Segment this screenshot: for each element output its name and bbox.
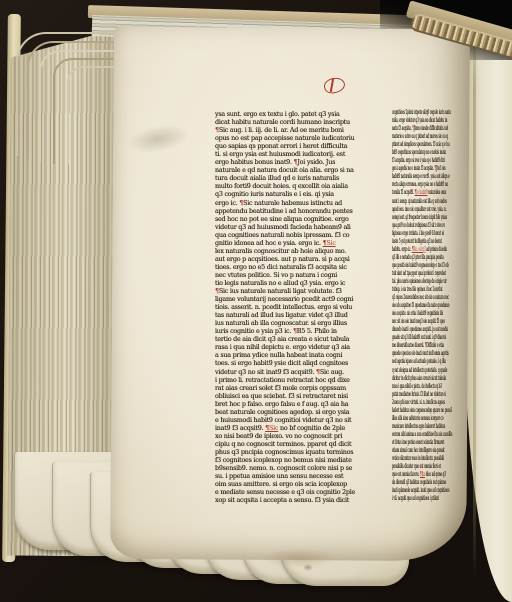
text-line: vetice dicuntur esse in intellectu possi… <box>392 454 467 462</box>
text-line: apud oes. imo sic equaliter sut vrie. ys… <box>392 205 467 213</box>
text-line: tiois. asserit. n. pcedit intellectus. e… <box>215 303 393 311</box>
text-line: appetendu beatitudine i ad honorandu pen… <box>215 207 393 215</box>
text-line: q3 cognitio iuris naturalis e i eis. qi … <box>215 190 393 198</box>
red-folio-mark: D <box>322 76 348 96</box>
text-line: xo nisi beat9 de iplexo. vo no cognoscit… <box>215 432 393 440</box>
text-line: sunt i semp. qi naturalia sut illa q sut… <box>392 197 467 205</box>
text-line: que positi ois habit9 cognoscedop e tos … <box>392 261 467 269</box>
facing-page-gutter <box>464 20 512 602</box>
text-line: guado sit q3 illi habit9 sut inati i q9 … <box>392 333 467 341</box>
text-line: tal. pba ueris opiniones doctop de origi… <box>392 277 467 285</box>
text-line: bit9 cognitiuus speculatop no e nobis in… <box>392 148 467 156</box>
text-line: aut ergo p acqsitioes. aut p natura. si … <box>215 255 393 263</box>
text-line: opus no est pap accepisse naturale iudic… <box>215 134 393 142</box>
text-line: ralia. ergo videtur q3 ysia no dicat hab… <box>392 116 467 124</box>
text-line: obliuisci ea que sciebat. f3 si retracta… <box>215 392 393 400</box>
text-line: sed hoc no pot ee sine aliqua cognitioe.… <box>215 215 393 223</box>
text-line: beat naturale cognitioes agedop. si ergo… <box>215 408 393 416</box>
text-line: tas naturali ad illud ius ligatur. videt… <box>215 311 393 319</box>
text-line: tutiop. i ois tres ille opines i hoc 2co… <box>392 285 467 293</box>
text-line: tuit dari ad tpa ppet qua iprobat i repr… <box>392 269 467 277</box>
page-stain <box>303 564 313 571</box>
text-line: semp iest. qi frequeter homo icipit bfe … <box>392 213 467 221</box>
text-line: natu f3 acqsita. ¶Jtem eiusde difficulta… <box>392 124 467 132</box>
text-line: ligame voluntarij necessario pcedit act9… <box>215 295 393 303</box>
text-line: a sua prima ydice nulla habeat inata cog… <box>215 351 393 359</box>
text-line: sed agetia iquoe ad actuale petuale. i q… <box>392 357 467 365</box>
text-line: recta aliqn erronea. ergo ysia no e habi… <box>392 180 467 188</box>
text-line: ges i agedis no e inata f3 acqsita. ¶Jte… <box>392 164 467 172</box>
text-line: ptinet ad simplices speculatoes. f3 scia… <box>392 140 467 148</box>
text-line: videtur q3 ad huiusmodi facieda habeam9 … <box>215 223 393 231</box>
text-line: habitu. ergo ic. ¶Rn. od q3 ad primu dic… <box>392 245 467 253</box>
text-line: 2sonu phi nec virtuti. si. n. intellcus … <box>392 398 467 406</box>
text-line: quo est omnia facere. ¶Jta dico ad qone … <box>392 470 467 478</box>
text-line: phus q3 pncipia cognoscimus iquatu termi… <box>215 448 393 456</box>
text-line: eorum sibi anima a sua conditioe fin aia… <box>392 430 467 438</box>
text-line: videtur q3 no sit inat9 f3 acqsit9. ¶Sic… <box>215 368 393 376</box>
text-column-right: cognitioes 2plexi utpote aliq9 regule iu… <box>392 108 467 502</box>
text-line: lex naturalis cognoscitur ab hoie aliquo… <box>215 247 393 255</box>
book-photograph: D ysa sunt. ergo ex textu i glo. patet q… <box>0 0 512 602</box>
text-line: etiam simul cum hoc intelligere oia poss… <box>392 446 467 454</box>
text-line: ligiosus ergo irritata. i bie pes9 li be… <box>392 229 467 237</box>
text-line: et fetus imo potius esset scientia firma… <box>392 438 467 446</box>
text-line: ysa sunt. ergo ex textu i glo. patet q3 … <box>215 110 393 118</box>
text-line: rasa i qua nihil e pictu. de itellectu q… <box>392 382 467 390</box>
text-line: e mediate sensu necesse e q3 ois cogniti… <box>215 488 393 496</box>
text-line: nec sit ois oio inati neq3 oio acqsiti f… <box>392 317 467 325</box>
text-line: q sut eleigna ad intellectu potetiale. q… <box>392 366 467 374</box>
text-line: habet habitus oim cognoscedop quare no p… <box>392 406 467 414</box>
text-line: tura docuit aialia illud qd e iuris natu… <box>215 174 393 182</box>
text-line: ¶Sic ius naturale naturali ligat volutat… <box>215 287 393 295</box>
text-line: mo diuersificatoe diuersl. ¶Difficile e … <box>392 341 467 349</box>
text-line: qua pri9 no bebat religiosus f3 sit i si… <box>392 221 467 229</box>
text-line: su. i ppetua amisioe una sensu necesse e… <box>215 472 393 480</box>
page-stain <box>262 548 336 568</box>
text-line: ius naturali ab illa cognoscatur. si erg… <box>215 319 393 327</box>
text-line: multo forti9 docuit hoies. q excellit oi… <box>215 182 393 190</box>
text-line: tioes. ergo no e5 dici naturalis f3 acqs… <box>215 263 393 271</box>
text-line: gnitio idonea ad hoc e ysia. ergo ic. ¶S… <box>215 239 393 247</box>
text-line: naturale e qd natura docuit oia alia. er… <box>215 166 393 174</box>
text-line: materie e scire ea q ptinet ad mores sic… <box>392 132 467 140</box>
text-line: f3 cognitoes icoplexop no bemus nisi med… <box>215 456 393 464</box>
text-line: i vli. acqsiti quo ad cognitioes i ptila… <box>392 494 467 502</box>
text-line: municare intellectus ages haberet habitu… <box>392 422 467 430</box>
text-line: iuris cognitio e ysia p3 ic. ¶B5 5. Phil… <box>215 327 393 335</box>
text-line: b9sensib9. nemo. n. cognoscit colore nis… <box>215 464 393 472</box>
text-line: q3 oipes 2sueradides nec sit oio a natur… <box>392 293 467 301</box>
text-line: qua cognitioes naturali nobis ipressam. … <box>215 231 393 239</box>
text-line: oio ab acqsitoe f3 quodamo ila nate quod… <box>392 301 467 309</box>
text-line: dicitur in dicit phus aias creari sicut … <box>392 374 467 382</box>
text-line: bret hoc p falso. ergo falsu e f aug. q3… <box>215 400 393 408</box>
text-line: i primo li. retractationu retractat hoc … <box>215 376 393 384</box>
text-line: cipiu q no cognoscit terminos. pparet qd… <box>215 440 393 448</box>
text-line: inat9 f3 acqsit9. ¶Sic no bf cognitio de… <box>215 424 393 432</box>
folio-mark-ring <box>323 76 347 95</box>
text-line: illos sibi sine adiutorio sensuu icorpor… <box>392 414 467 422</box>
text-line: rat aias creari solet f3 mole corpis opp… <box>215 384 393 392</box>
text-column-left: ysa sunt. ergo ex textu i glo. patet q3 … <box>215 110 393 504</box>
text-line: habit9 naturalis semp e rect9. ysia aut … <box>392 172 467 180</box>
text-line: oim suas amittere. si ergo ois scia icop… <box>215 480 393 488</box>
text-line: toes. si ergo habit9 ysie dicit aliqd co… <box>215 359 393 367</box>
text-line: ti. si ergo ysia est huiusmodi iudicator… <box>215 150 393 158</box>
text-line: da dicendi q3 habitus cognitiois sut qda… <box>392 478 467 486</box>
text-line: tertio de aia dicit q3 aia creata e sicu… <box>215 335 393 343</box>
text-line: dimodo inati i quodamo acqsiti. ju aut m… <box>392 325 467 333</box>
text-line: quo sapias qs pponat errori i heret diff… <box>215 142 393 150</box>
text-line: ¶Sic aug. i li. iij. de li. ar. Ad oe me… <box>215 126 393 134</box>
text-line: inati qdamodo acqsiti. inati quo ad cogn… <box>392 486 467 494</box>
text-line: nec vtutes politice. Si vo p natura i co… <box>215 271 393 279</box>
text-line: turalis f3 acqsit9. ¶Jo habit9 naturales… <box>392 188 467 196</box>
text-line: ergo habitus bonus inat9. ¶Joi ysido. Ju… <box>215 158 393 166</box>
text-line: cognitioes 2plexi utpote aliq9 regule iu… <box>392 108 467 116</box>
text-line: ergo ic. ¶Sic naturale habemus istinctu … <box>215 199 393 207</box>
text-line: q3 illi e notadu q3 pter illa pncipia po… <box>392 253 467 261</box>
text-line: f3 acqsita. ergo si roe i ysia q e habit… <box>392 156 467 164</box>
text-line: oio acqsite. sic etia i habit9 cognitioi… <box>392 309 467 317</box>
text-line: e huiusmodi habit9 cognitioi videtur q3 … <box>215 416 393 424</box>
text-line: pstat mediatoe itrinis. f3 illud no vide… <box>392 390 467 398</box>
text-line: qmodo species oio inati sunt indl omia a… <box>392 349 467 357</box>
text-line: tio legis naturalis no e aliud q3 ysia. … <box>215 279 393 287</box>
text-line: possibilis dicatur quo est omnia fieri e… <box>392 462 467 470</box>
text-line: iuste 5 ysl poterit itelligetia q3 no be… <box>392 237 467 245</box>
text-line: xop sit acqsita i accepta a sensu. f3 ys… <box>215 496 393 504</box>
text-line: dicat habitu naturale cordi humano inscr… <box>215 118 393 126</box>
text-line: rasa i qua nihil depictu e. ergo videtur… <box>215 343 393 351</box>
